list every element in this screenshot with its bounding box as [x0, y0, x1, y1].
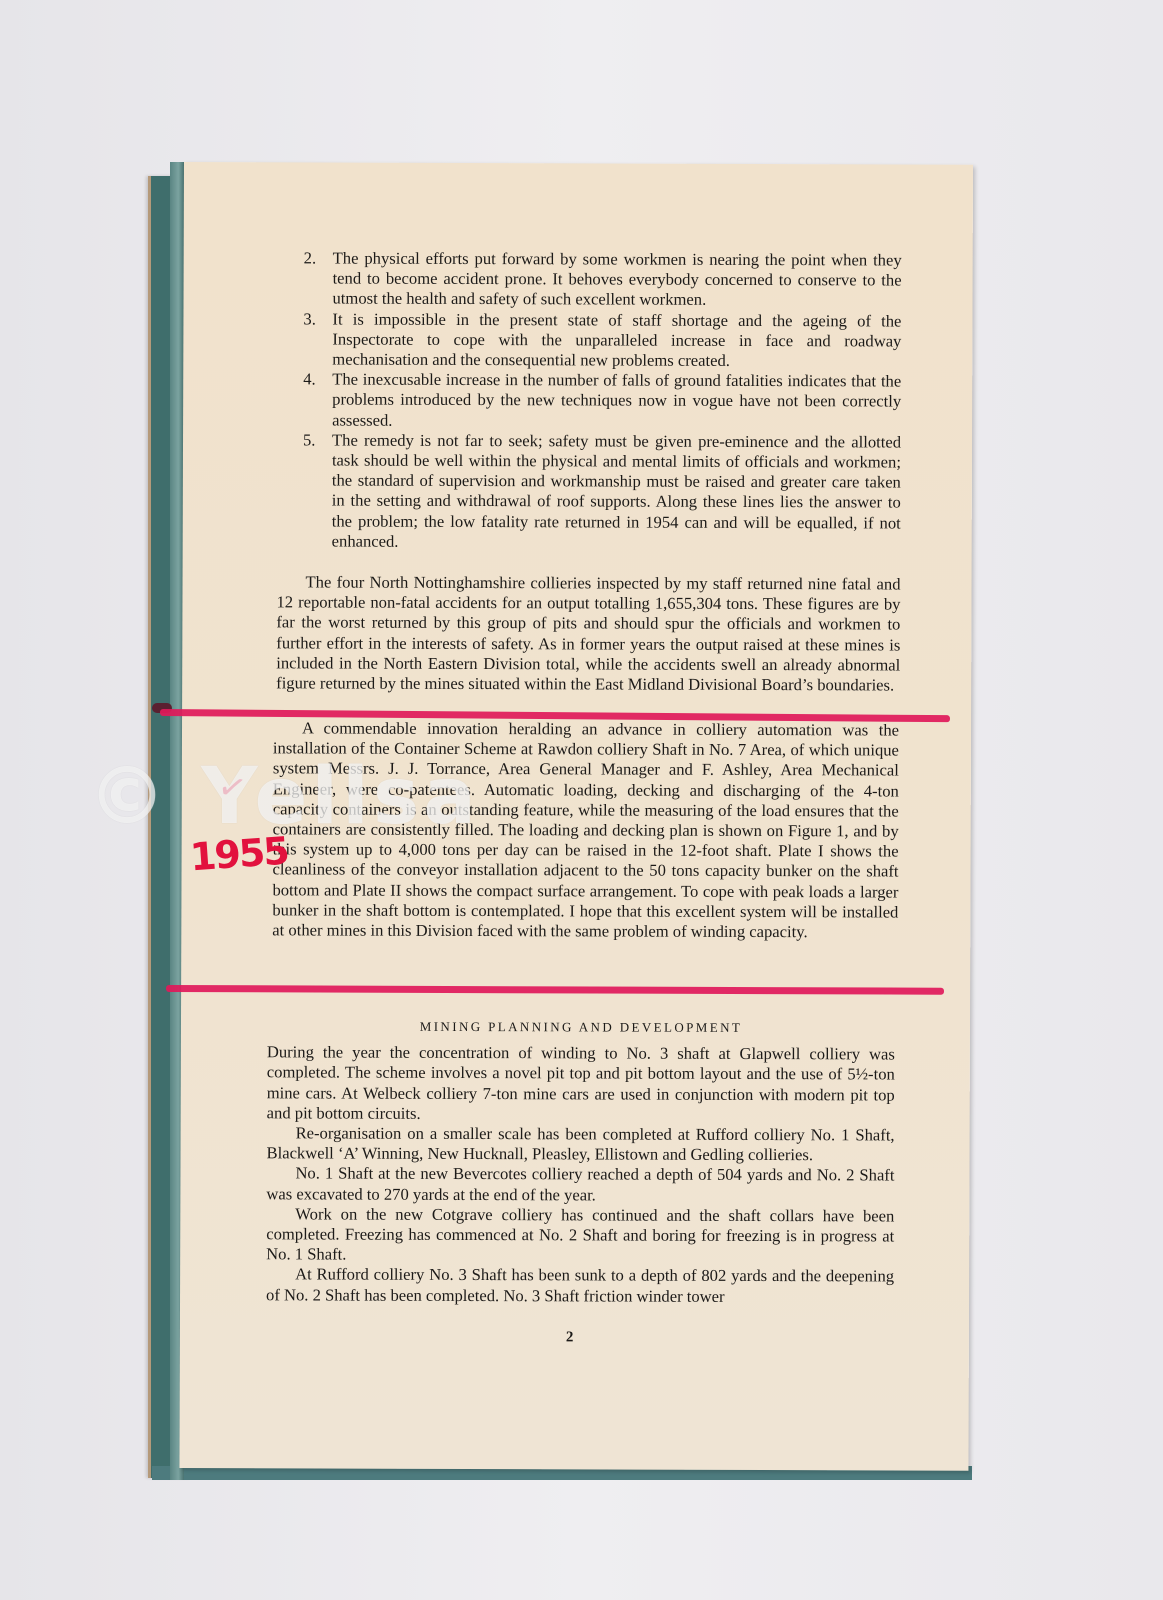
section-heading: MINING PLANNING AND DEVELOPMENT: [267, 1016, 895, 1038]
list-item: 2. The physical efforts put forward by s…: [303, 248, 901, 311]
paragraph: During the year the concentration of win…: [267, 1042, 895, 1125]
numbered-list: 2. The physical efforts put forward by s…: [303, 248, 902, 553]
paragraph-north-notts: The four North Nottinghamshire collierie…: [276, 572, 900, 695]
mining-planning-section: MINING PLANNING AND DEVELOPMENT During t…: [266, 1002, 895, 1307]
list-item-number: 3.: [303, 309, 316, 329]
container-scheme-section: A commendable innovation heralding an ad…: [272, 718, 899, 942]
north-notts-section: The four North Nottinghamshire collierie…: [276, 572, 900, 695]
paragraph: At Rufford colliery No. 3 Shaft has been…: [266, 1265, 894, 1308]
page-number: 2: [566, 1329, 574, 1346]
paragraph: Re-organisation on a smaller scale has b…: [267, 1123, 895, 1166]
list-item: 4. The inexcusable increase in the numbe…: [303, 370, 901, 433]
paragraph: Work on the new Cotgrave colliery has co…: [266, 1204, 894, 1267]
document-page: 2. The physical efforts put forward by s…: [179, 162, 973, 1471]
list-item-text: The remedy is not far to seek; safety mu…: [332, 430, 901, 553]
list-item-number: 2.: [304, 248, 317, 268]
paragraph-container-scheme: A commendable innovation heralding an ad…: [272, 718, 899, 942]
list-item-text: It is impossible in the present state of…: [332, 309, 901, 372]
list-item-number: 4.: [303, 370, 316, 390]
list-item-text: The inexcusable increase in the number o…: [332, 370, 901, 433]
handwritten-year-annotation: 1955: [189, 829, 290, 880]
list-item: 3. It is impossible in the present state…: [303, 309, 901, 372]
list-item-number: 5.: [303, 430, 316, 450]
paragraph: No. 1 Shaft at the new Bevercotes collie…: [266, 1164, 894, 1207]
list-item: 5. The remedy is not far to seek; safety…: [303, 430, 901, 553]
list-item-text: The physical efforts put forward by some…: [332, 249, 901, 312]
